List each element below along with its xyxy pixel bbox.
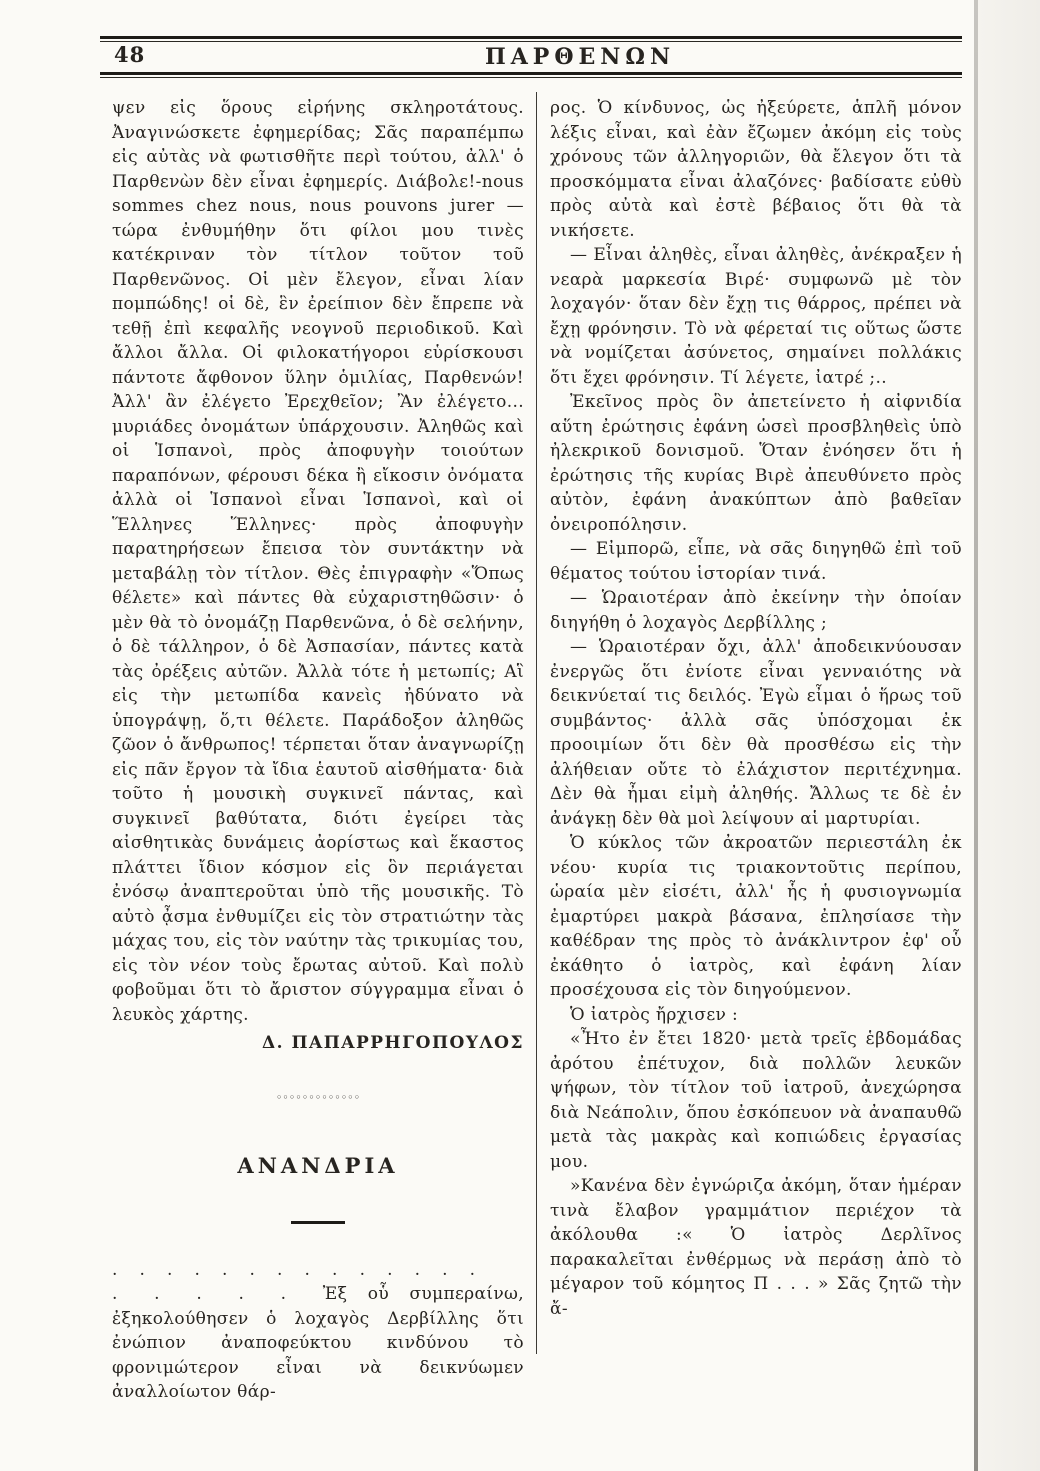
section-title-rule (291, 1221, 345, 1224)
left-column: ψεν εἰς ὅρους εἰρήνης σκληροτάτους. Ἀναγ… (112, 96, 524, 1405)
body-paragraph: Ἐκεῖνος πρὸς ὃν ἀπετείνετο ἡ αἰφνιδία αὕ… (550, 390, 962, 537)
chain-ornament: ◦◦◦◦◦◦◦◦◦◦◦◦◦ (112, 1086, 524, 1111)
dialogue-paragraph: — Ὡραιοτέραν ἀπὸ ἐκείνην τὴν ὁποίαν διηγ… (550, 586, 962, 635)
rule-thin-line (100, 41, 962, 42)
rule-thick-line (100, 36, 962, 39)
body-paragraph: ψεν εἰς ὅρους εἰρήνης σκληροτάτους. Ἀναγ… (112, 96, 524, 1027)
opening-paragraph: . . . . . Ἐξ οὗ συμπεραίνω, ἐξηκολούθησε… (112, 1282, 524, 1405)
quote-paragraph: »Κανένα δὲν ἐγνώριζα ἀκόμη, ὅταν ἡμέραν … (550, 1174, 962, 1321)
dialogue-paragraph: — Ὡραιοτέραν ὄχι, ἀλλ' ἀποδεικνύουσαν ἐν… (550, 635, 962, 831)
dialogue-paragraph: — Εἶναι ἀληθὲς, εἶναι ἀληθὲς, ἀνέκραξεν … (550, 243, 962, 390)
dialogue-paragraph: — Εἰμπορῶ, εἶπε, νὰ σᾶς διηγηθῶ ἐπὶ τοῦ … (550, 537, 962, 586)
column-divider-rule (536, 92, 537, 1354)
right-column: ρος. Ὁ κίνδυνος, ὡς ἠξεύρετε, ἁπλῆ μόνον… (550, 96, 962, 1321)
scanned-journal-page: 48 ΠΑΡΘΕΝΩΝ ψεν εἰς ὅρους εἰρήνης σκληρο… (0, 0, 1040, 1471)
body-paragraph: Ὁ ἰατρὸς ἤρχισεν : (550, 1003, 962, 1028)
body-paragraph: ρος. Ὁ κίνδυνος, ὡς ἠξεύρετε, ἁπλῆ μόνον… (550, 96, 962, 243)
author-signature: Δ. ΠΑΠΑΡΡΗΓΟΠΟΥΛΟΣ (112, 1031, 524, 1056)
page-number: 48 (114, 42, 145, 67)
page-edge-tint (978, 0, 1040, 1471)
section-title: ΑΝΑΝΔΡΙΑ (112, 1154, 524, 1179)
quote-paragraph: «Ἦτο ἐν ἔτει 1820· μετὰ τρεῖς ἑβδομάδας … (550, 1027, 962, 1174)
header-top-rule (100, 36, 962, 42)
header-bottom-rule (100, 72, 962, 78)
ellipsis-prefix: . . . . . (112, 1284, 323, 1304)
body-paragraph: Ὁ κύκλος τῶν ἀκροατῶν περιεστάλη ἐκ νέου… (550, 831, 962, 1003)
page-edge-shadow (974, 0, 978, 1471)
ellipsis-row: . . . . . . . . . . . . . . (112, 1258, 524, 1283)
rule-thin-line (100, 77, 962, 78)
rule-thick-line (100, 72, 962, 75)
journal-title: ΠΑΡΘΕΝΩΝ (150, 44, 1010, 70)
